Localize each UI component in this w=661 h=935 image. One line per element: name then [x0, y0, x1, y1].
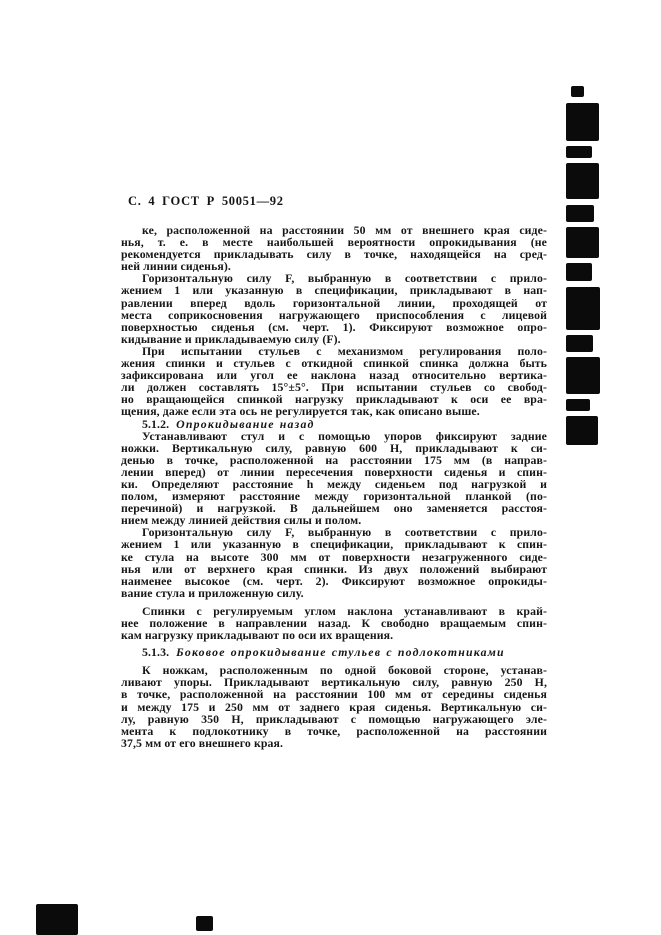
text-line: лу, равную 350 Н, прикладывают с помощью… [121, 713, 547, 725]
paragraph: Горизонтальную силу F, выбранную в соотв… [121, 526, 547, 599]
document-page: С. 4 ГОСТ Р 50051—92 ке, расположенной н… [0, 0, 661, 935]
scan-mark [566, 103, 599, 141]
paragraph: К ножкам, расположенным по одной боковой… [121, 664, 547, 749]
section-heading-5.1.2: 5.1.2.Опрокидывание назад [121, 418, 547, 430]
text-line: места соприкосновения нагружающего присп… [121, 309, 547, 321]
section-title: Боковое опрокидывание стульев с подлокот… [176, 645, 505, 659]
scan-mark [566, 146, 592, 158]
scan-mark [566, 335, 593, 352]
scan-mark [566, 416, 598, 445]
text-line: кам нагрузку прикладывают по оси их вращ… [121, 629, 547, 641]
text-line: и между 175 и 250 мм от заднего края сид… [121, 701, 547, 713]
scan-mark [566, 287, 600, 330]
paragraph: При испытании стульев с механизмом регул… [121, 345, 547, 418]
scan-mark [566, 399, 590, 411]
text-line: наименее высокое (см. черт. 2). Фиксирую… [121, 575, 547, 587]
scan-mark [566, 263, 592, 281]
section-number: 5.1.3. [142, 645, 169, 659]
page-header-running-title: С. 4 ГОСТ Р 50051—92 [128, 194, 284, 209]
text-line: в точке, расположенной на расстоянии 100… [121, 688, 547, 700]
scan-mark [566, 227, 599, 258]
scan-mark [566, 205, 594, 222]
text-line: нья или от верхнего края спинки. Из двух… [121, 563, 547, 575]
text-line: жением 1 или указанную в спецификации, п… [121, 284, 547, 296]
text-line: жением 1 или указанную в спецификации, п… [121, 538, 547, 550]
document-body: ке, расположенной на расстоянии 50 мм от… [121, 224, 547, 749]
text-line: Устанавливают стул и с помощью упоров фи… [121, 430, 547, 442]
section-heading-5.1.3: 5.1.3.Боковое опрокидывание стульев с по… [121, 646, 547, 658]
paragraph: Спинки с регулируемым углом наклона уста… [121, 605, 547, 641]
scan-mark [36, 904, 78, 935]
scan-mark [566, 163, 599, 199]
text-line: вание стула и приложенную силу. [121, 587, 547, 599]
text-line: щения, даже если эта ось не регулируется… [121, 405, 547, 417]
scan-mark [196, 916, 213, 931]
scan-mark [571, 86, 584, 97]
text-line: ке стула на высоте 300 мм от поверхности… [121, 551, 547, 563]
scan-mark [566, 357, 600, 394]
text-line: равлении вперед вдоль горизонтальной лин… [121, 297, 547, 309]
text-line: ножки. Вертикальную силу, равную 600 Н, … [121, 442, 547, 454]
text-line: 37,5 мм от его внешнего края. [121, 737, 547, 749]
paragraph: Устанавливают стул и с помощью упоров фи… [121, 430, 547, 527]
paragraph: Горизонтальную силу F, выбранную в соотв… [121, 272, 547, 345]
paragraph: ке, расположенной на расстоянии 50 мм от… [121, 224, 547, 272]
